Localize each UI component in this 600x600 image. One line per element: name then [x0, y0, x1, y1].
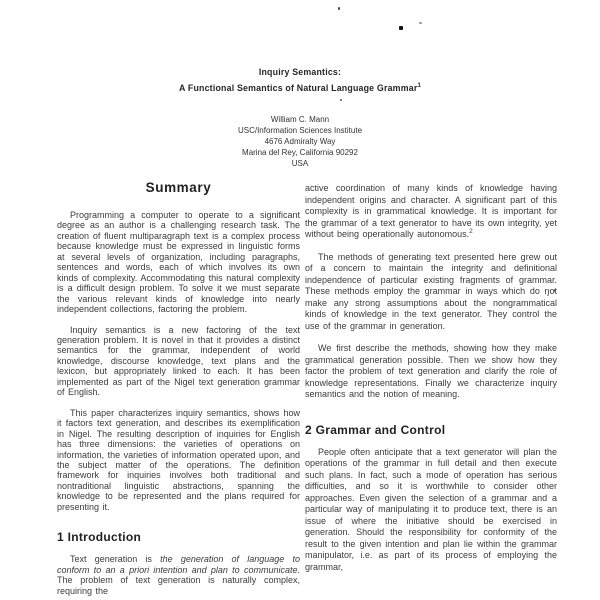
author-address-city: Marina del Rey, California 90292 [0, 147, 600, 158]
introduction-heading: 1 Introduction [57, 530, 300, 544]
author-affiliation: USC/Information Sciences Institute [0, 125, 600, 136]
introduction-paragraph: Text generation is the generation of lan… [57, 554, 300, 596]
author-name: William C. Mann [0, 114, 600, 125]
author-block: William C. Mann USC/Information Sciences… [0, 114, 600, 169]
footnote-2-marker: 2 [469, 228, 473, 235]
summary-heading: Summary [57, 180, 300, 195]
right-column: active coordination of many kinds of kno… [305, 183, 557, 584]
right-paragraph-2: The methods of generating text presented… [305, 252, 557, 333]
paper-title-line-2: A Functional Semantics of Natural Langua… [0, 80, 600, 95]
scan-speck [554, 289, 556, 292]
scan-speck [338, 7, 340, 10]
scan-speck [419, 22, 422, 24]
grammar-control-heading: 2 Grammar and Control [305, 423, 557, 437]
scan-speck [547, 294, 549, 296]
right-paragraph-1: active coordination of many kinds of kno… [305, 183, 557, 241]
summary-paragraph-3: This paper characterizes inquiry semanti… [57, 408, 300, 513]
right-paragraph-3: We first describe the methods, showing h… [305, 343, 557, 401]
right-paragraph-4: People often anticipate that a text gene… [305, 447, 557, 574]
scan-speck [340, 99, 342, 101]
title-text-1: Inquiry Semantics: [259, 67, 341, 77]
summary-paragraph-1: Programming a computer to operate to a s… [57, 210, 300, 315]
title-footnote-marker: 1 [417, 83, 421, 89]
author-country: USA [0, 158, 600, 169]
title-text-2: A Functional Semantics of Natural Langua… [179, 82, 417, 92]
intro-lead-text: Text generation is [70, 554, 160, 564]
author-address-street: 4676 Admiralty Way [0, 136, 600, 147]
left-column: Summary Programming a computer to operat… [57, 180, 300, 600]
scanned-paper-page: Inquiry Semantics: A Functional Semantic… [0, 0, 600, 600]
paper-title-line-1: Inquiry Semantics: [0, 66, 600, 80]
paper-header: Inquiry Semantics: A Functional Semantic… [0, 66, 600, 169]
scan-speck [399, 26, 403, 30]
summary-paragraph-2: Inquiry semantics is a new factoring of … [57, 325, 300, 398]
right-paragraph-1-text: active coordination of many kinds of kno… [305, 183, 557, 239]
